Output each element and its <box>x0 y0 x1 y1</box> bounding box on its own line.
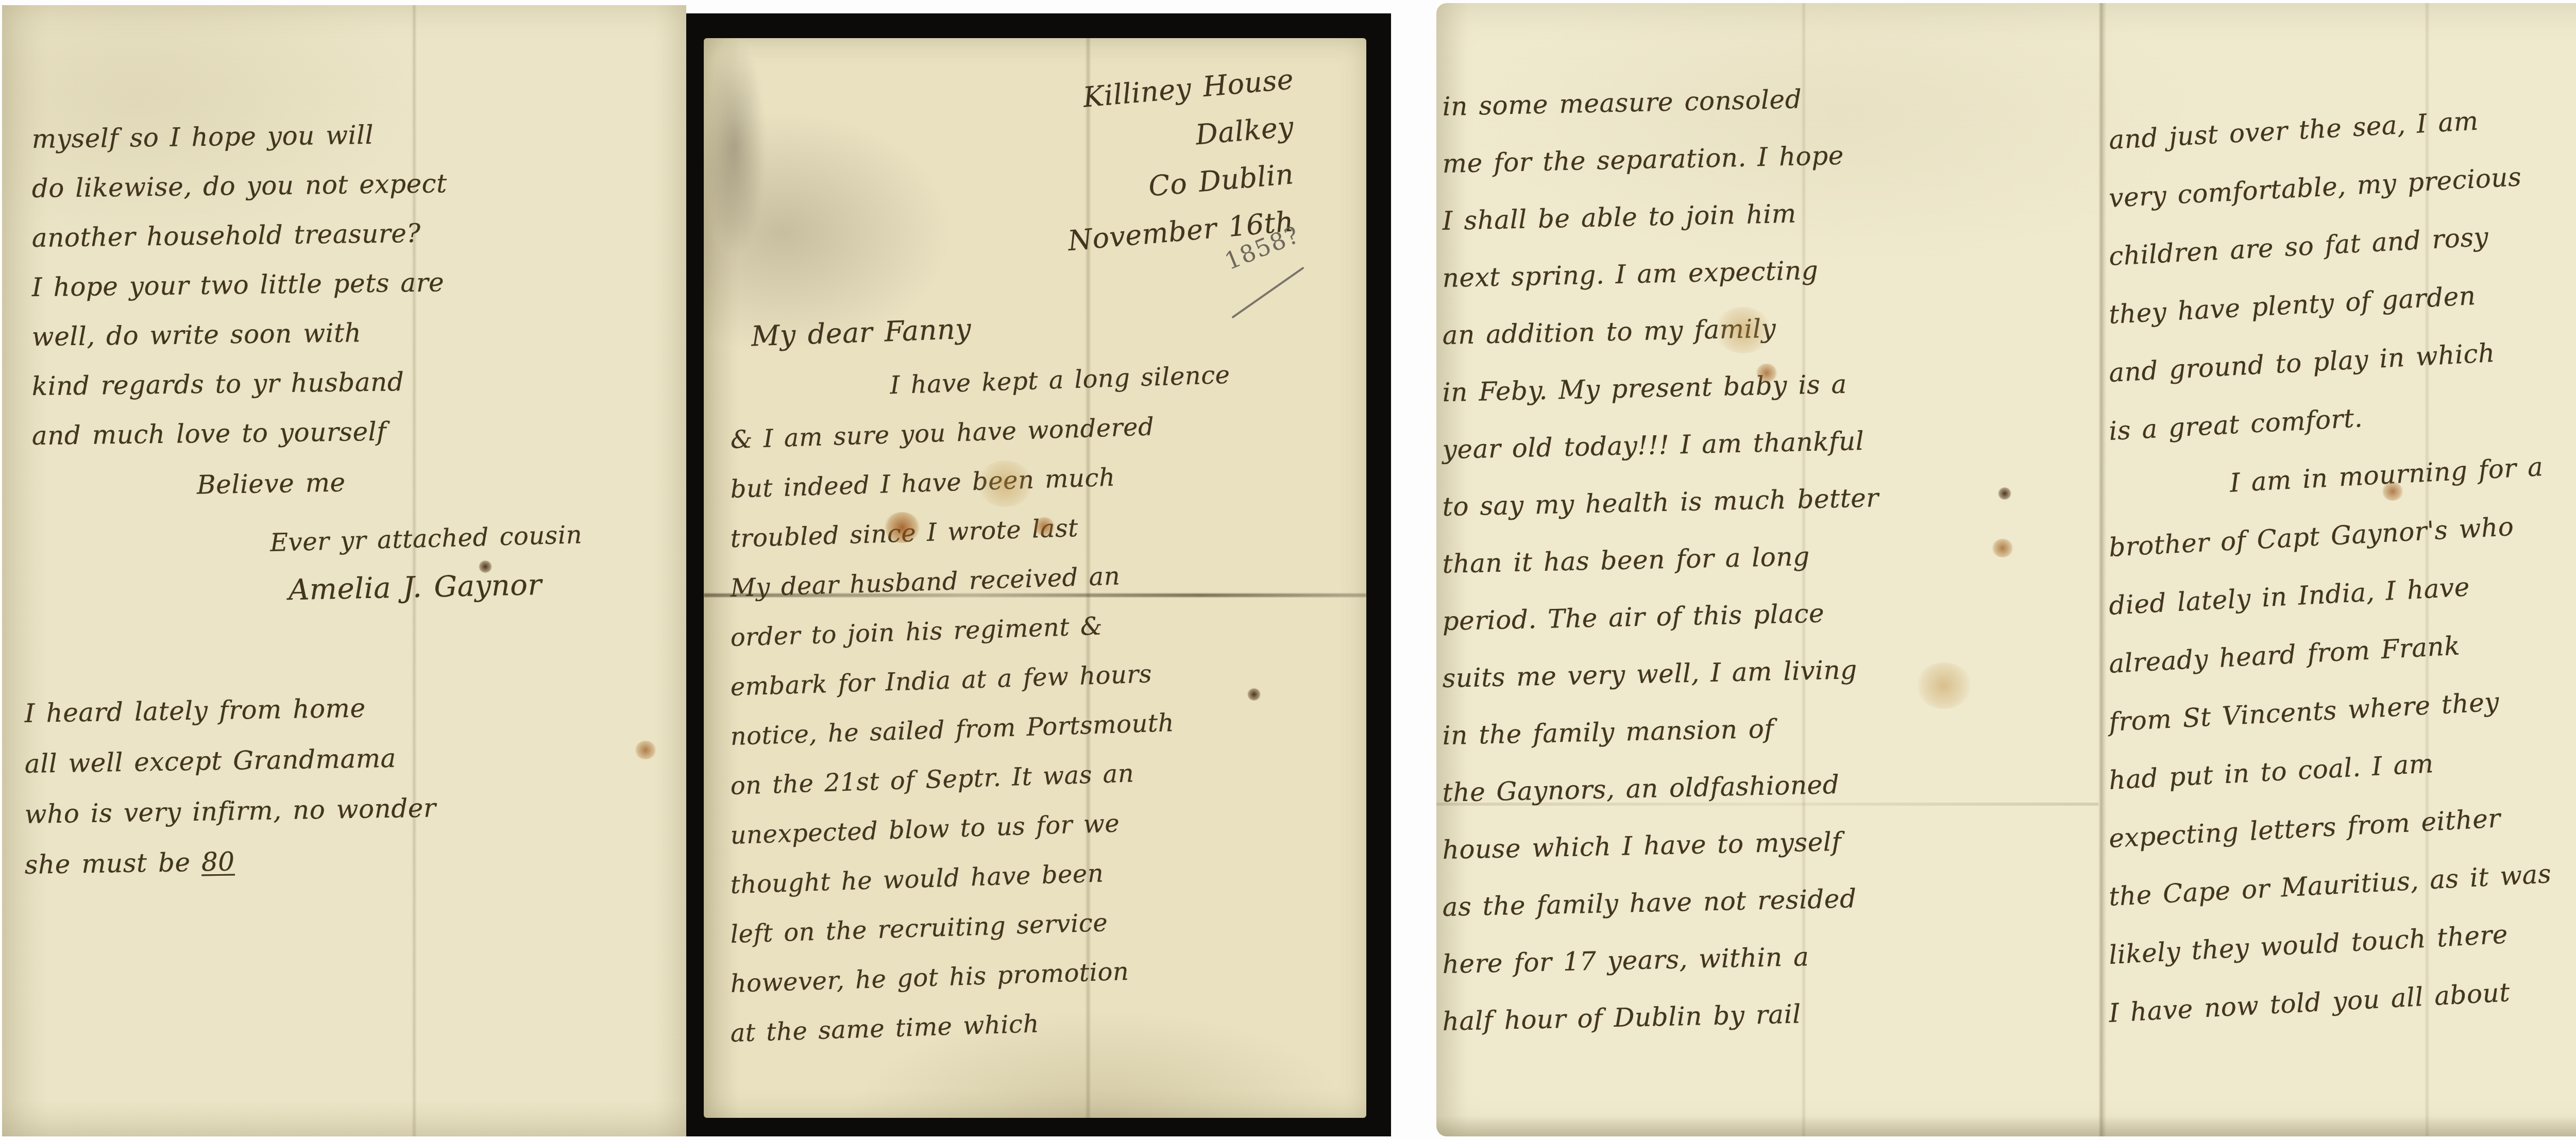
page-two-body: in some measure consoledme for the separ… <box>1443 78 2097 1050</box>
postscript-last-line: she must be 80 <box>24 829 679 890</box>
pages-two-three-sheet: in some measure consoledme for the separ… <box>1436 3 2576 1136</box>
black-mount: Killiney HouseDalkeyCo DublinNovember 16… <box>686 13 1391 1136</box>
sender-address: Killiney HouseDalkeyCo DublinNovember 16… <box>1067 56 1294 245</box>
page-three-body: and just over the sea, I amvery comforta… <box>2109 111 2576 1043</box>
handwritten-line: another household treasure? <box>31 206 676 263</box>
signature: Amelia J. Gaynor <box>288 568 542 607</box>
salutation: My dear Fanny <box>751 313 972 353</box>
handwritten-line: do likewise, do you not expect <box>31 156 676 213</box>
letter-scan-stage: myself so I hope you willdo likewise, do… <box>0 0 2576 1140</box>
center-fold-crease <box>2098 3 2107 1136</box>
smudge-stain <box>704 38 766 254</box>
handwritten-line: I hope your two little pets are <box>31 255 676 312</box>
page-last-sheet: myself so I hope you willdo likewise, do… <box>2 5 686 1136</box>
postscript-last-text: she must be <box>24 847 201 880</box>
handwritten-line: and much love to yourself <box>31 403 676 461</box>
page-first-body: I have kept a long silence& I am sure yo… <box>731 366 1369 1058</box>
underlined-age: 80 <box>201 847 235 877</box>
pencil-slash-mark <box>1231 267 1304 319</box>
handwritten-line: well, do write soon with <box>31 304 676 362</box>
page-last-body: myself so I hope you willdo likewise, do… <box>32 114 676 461</box>
handwritten-line: kind regards to yr husband <box>31 354 676 411</box>
closing-phrase: Believe me <box>197 467 346 500</box>
handwritten-line: myself so I hope you will <box>31 107 676 164</box>
postscript-lines: I heard lately from homeall well except … <box>25 688 679 840</box>
postscript: I heard lately from homeall well except … <box>25 688 679 890</box>
closing-valediction: Ever yr attached cousin <box>269 520 582 557</box>
page-first-sheet: Killiney HouseDalkeyCo DublinNovember 16… <box>704 38 1366 1118</box>
